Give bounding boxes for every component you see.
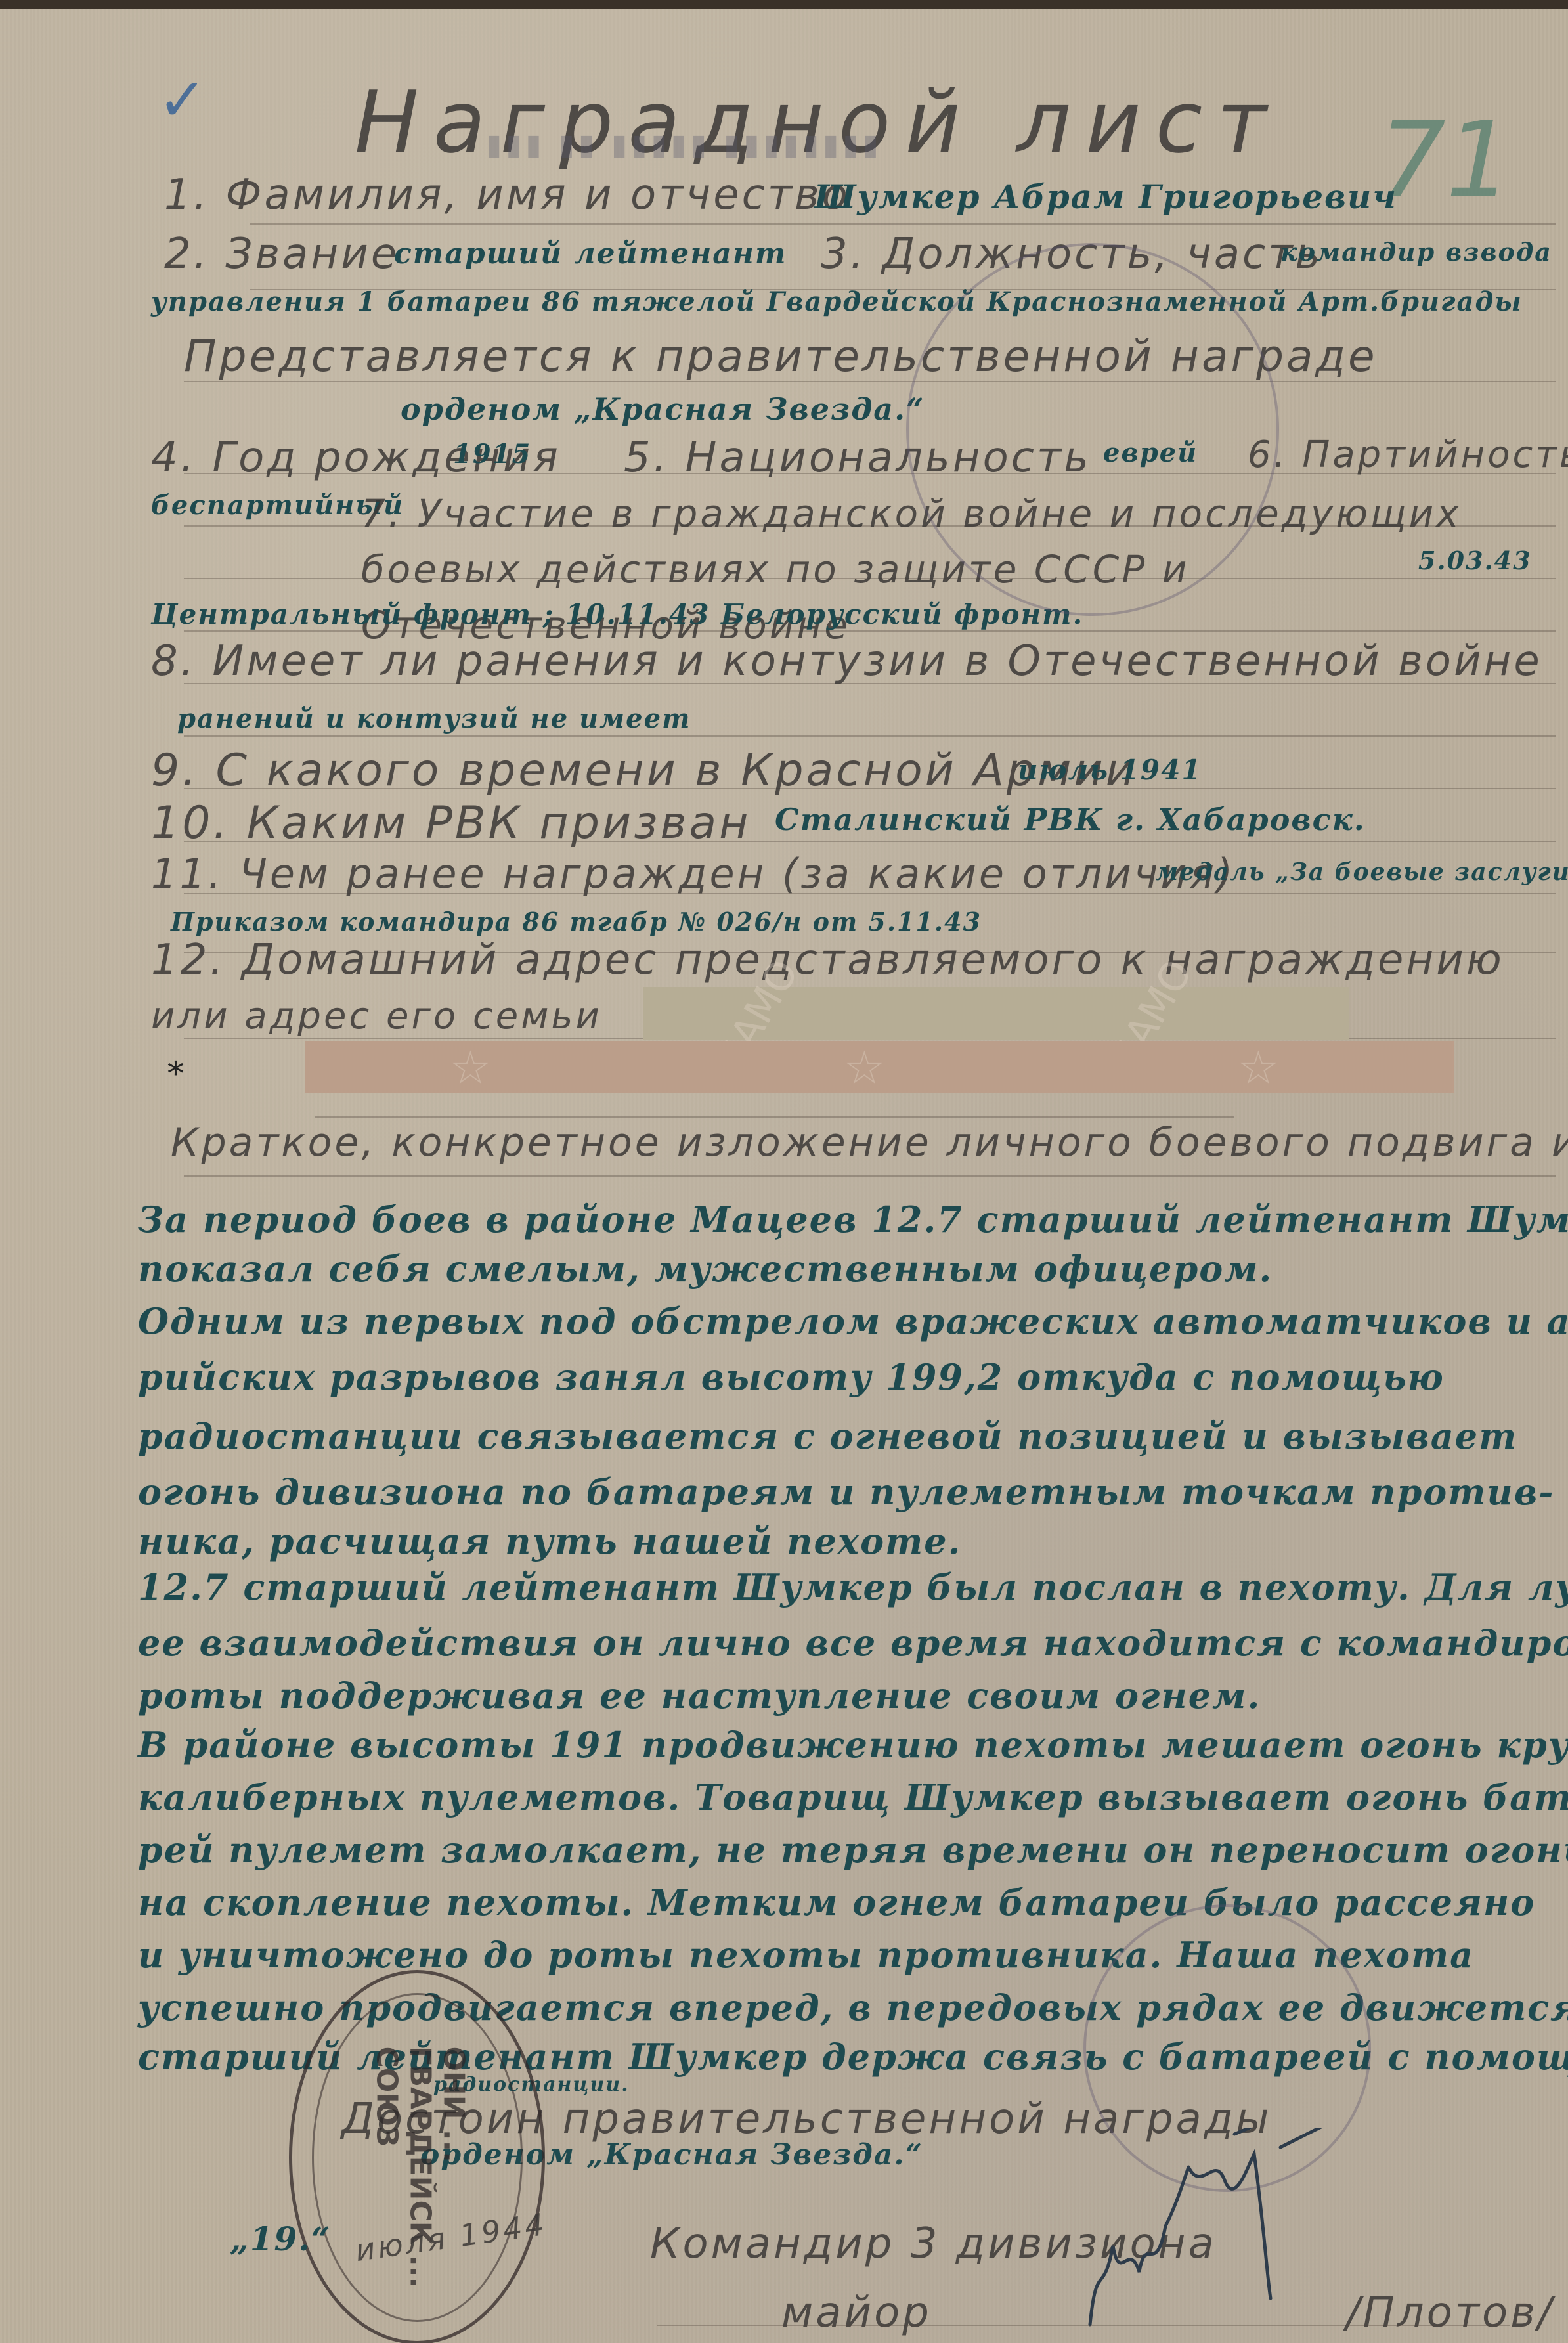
field-3-value-continued: управления 1 батареи 86 тяжелой Гвардейс…	[151, 289, 1523, 315]
field-9-value: июль 1941	[1018, 756, 1202, 784]
field-6-label: 6. Партийность	[1248, 437, 1568, 473]
summary-line: рей пулемет замолкает, не теряя времени …	[138, 1832, 1568, 1868]
field-12-label: 12. Домашний адрес представляемого к наг…	[151, 939, 1504, 981]
scan-mark: ⁎	[167, 1044, 184, 1082]
round-seal-icon: ОНИ ... ГВАРДЕЙСК ... СОЮЗ	[289, 1970, 545, 2343]
summary-line: ника, расчищая путь нашей пехоте.	[138, 1523, 961, 1559]
field-7-value: Центральный фронт ; 10.11.43 Белорусский…	[151, 601, 1083, 628]
summary-line: В районе высоты 191 продвижению пехоты м…	[138, 1727, 1568, 1763]
rule-line	[250, 223, 1556, 225]
field-11-order: Приказом командира 86 тгабр № 026/н от 5…	[171, 909, 982, 934]
check-mark-icon: ✓	[158, 66, 207, 135]
star-watermark-icon: ☆	[450, 1041, 491, 1095]
field-8-label: 8. Имеет ли ранения и контузии в Отечест…	[151, 640, 1542, 682]
summary-line: рийских разрывов занял высоту 199,2 отку…	[138, 1359, 1445, 1395]
nominated-award: орденом „Красная Звезда.“	[401, 394, 925, 424]
summary-line: показал себя смелым, мужественным офицер…	[138, 1251, 1273, 1286]
field-4-value: 1915	[453, 441, 531, 468]
archive-page-number: 71	[1379, 99, 1513, 221]
summary-line: 12.7 старший лейтенант Шумкер был послан…	[138, 1569, 1568, 1605]
field-9-label: 9. С какого времени в Красной Армии	[151, 749, 1137, 793]
redacted-address-block-2: ☆ ☆ ☆	[305, 1041, 1454, 1093]
summary-line: радиостанции связывается с огневой позиц…	[138, 1418, 1517, 1454]
rule-line	[184, 1175, 1556, 1177]
rule-line	[315, 1116, 1234, 1118]
rule-line	[657, 2325, 1510, 2326]
award-sheet-page: ✓ Наградной лист ▮▮▮ ▮▮ ▮▮▮▮▮ ▮▮▮▮▮▮▮▮ 7…	[0, 0, 1568, 2343]
summary-line: калиберных пулеметов. Товарищ Шумкер выз…	[138, 1780, 1568, 1815]
field-11-label: 11. Чем ранее награжден (за какие отличи…	[151, 854, 1235, 894]
redacted-address-block-1: ЦАМО ЦАМО	[643, 987, 1349, 1040]
faded-printed-header: ▮▮▮ ▮▮ ▮▮▮▮▮ ▮▮▮▮▮▮▮▮	[486, 128, 1300, 164]
field-12-label-continued: или адрес его семьи	[151, 998, 602, 1035]
faint-stamp-icon	[906, 243, 1279, 616]
field-1-value: Шумкер Абрам Григорьевич	[814, 181, 1397, 213]
field-10-label: 10. Каким РВК призван	[151, 801, 751, 846]
signature-scrawl-icon	[1083, 2128, 1399, 2338]
summary-line: огонь дивизиона по батареям и пулеметным…	[138, 1474, 1555, 1510]
date-day: „19.“	[230, 2223, 332, 2256]
field-8-value: ранений и контузий не имеет	[177, 706, 691, 732]
star-watermark-icon: ☆	[844, 1041, 885, 1095]
summary-line: Одним из первых под обстрелом вражеских …	[138, 1303, 1568, 1339]
summary-line: За период боев в районе Мацеев 12.7 стар…	[138, 1202, 1568, 1237]
field-1-label: 1. Фамилия, имя и отчество	[164, 174, 850, 216]
scan-top-edge	[0, 0, 1568, 9]
summary-line: ее взаимодействия он лично все время нах…	[138, 1625, 1568, 1661]
field-7-date: 5.03.43	[1418, 548, 1532, 573]
summary-heading: Краткое, конкретное изложение личного бо…	[171, 1123, 1568, 1162]
summary-line: на скопление пехоты. Метким огнем батаре…	[138, 1885, 1535, 1920]
field-2-value: старший лейтенант	[394, 240, 787, 269]
summary-line: роты поддерживая ее наступление своим ог…	[138, 1678, 1261, 1713]
field-2-label: 2. Звание	[164, 233, 399, 275]
field-3-value: командир взвода	[1280, 240, 1552, 265]
rule-line	[184, 735, 1556, 737]
field-11-value: медаль „За боевые заслуги“	[1156, 860, 1568, 884]
star-watermark-icon: ☆	[1238, 1041, 1279, 1095]
field-10-value: Сталинский РВК г. Хабаровск.	[775, 804, 1366, 835]
signer-rank: майор	[781, 2288, 932, 2337]
